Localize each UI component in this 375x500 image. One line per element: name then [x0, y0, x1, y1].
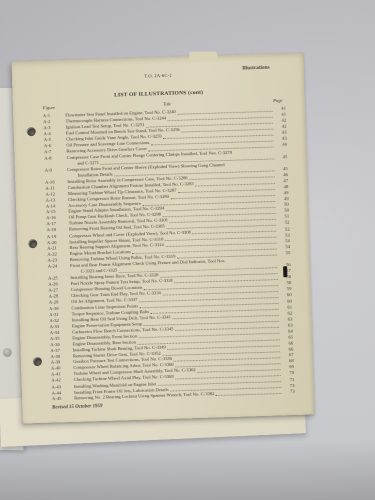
page-column-header: Page	[260, 98, 285, 104]
page-number: 55	[278, 250, 290, 256]
photo-of-manual-page: { "colors":{ "bg-top":"#c2c2c6", "paper"…	[0, 0, 375, 500]
underlying-sheet-punch-hole	[3, 348, 12, 357]
page-content: Illustrations T.O. 2A-6C-2 LIST OF ILLUS…	[12, 53, 315, 424]
revision-date: Revised 15 October 1959	[52, 403, 102, 410]
figure-number: A-24	[48, 263, 71, 270]
figure-number: A-45	[52, 396, 75, 403]
page-number: 45	[275, 154, 287, 160]
figure-number: A-9	[45, 167, 68, 174]
figure-column-header: Figure	[43, 104, 74, 110]
manual-page: Illustrations T.O. 2A-6C-2 LIST OF ILLUS…	[12, 53, 315, 424]
figure-number: A-8	[44, 155, 67, 162]
technical-order-number: T.O. 2A-6C-2	[12, 69, 304, 83]
illustrations-list: A-1Flowmeter Test Panel Installed on Eng…	[43, 106, 295, 402]
dot-leader	[216, 393, 281, 396]
page-number: 73	[283, 389, 295, 395]
page-number: 44	[275, 142, 287, 148]
